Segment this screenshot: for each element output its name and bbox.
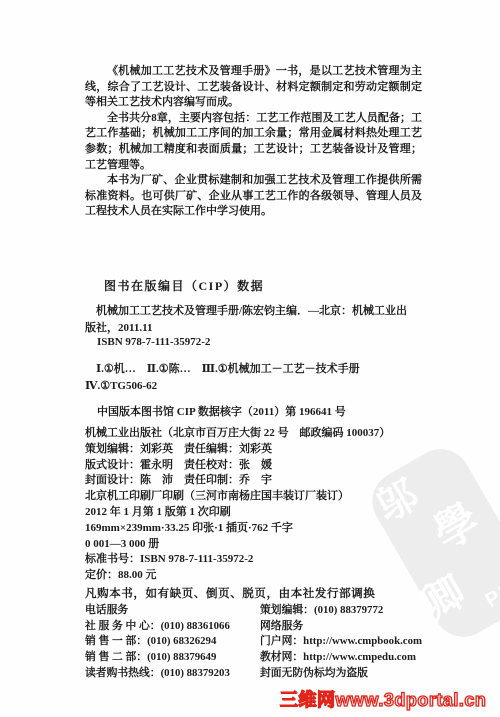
- cip-entry: 机械加工工艺技术及管理手册/陈宏钧主编．—北京：机械工业出 版社，2011.11: [85, 303, 425, 336]
- intro-paragraph-3: 本书为厂矿、企业贯标建制和加强工艺技术及管理工作提供所需标准资料。也可供厂矿、企…: [85, 173, 422, 220]
- 3dportal-watermark: 三维网www.3dportal.cn: [280, 686, 486, 712]
- format-line: 169mm×239mm·33.25 印张·1 插页·762 千字: [85, 521, 390, 537]
- service-cell-phone-header: 电话服务: [85, 603, 260, 619]
- cip-entry-line2: 版社，2011.11: [85, 320, 425, 337]
- service-cell-center-phone: 社 服 务 中 心：(010) 88361066: [85, 619, 260, 635]
- print-run-line: 0 001—3 000 册: [85, 537, 390, 553]
- service-cell-network-header: 网络服务: [260, 619, 422, 635]
- editors-line-1: 策划编辑：刘彩英 责任编辑：刘彩英: [85, 442, 390, 458]
- printer-line: 北京机工印刷厂印刷（三河市南杨庄国丰装订厂装订）: [85, 489, 390, 505]
- cip-class-line1: Ⅰ.①机… Ⅱ.①陈… Ⅲ.①机械加工－工艺－技术手册: [85, 361, 425, 378]
- editors-line-3: 封面设计：陈 沛 责任印制：乔 宇: [85, 473, 390, 489]
- publisher-line: 机械工业出版社（北京市百万庄大街 22 号 邮政编码 100037）: [85, 426, 390, 442]
- cip-record-number: 中国版本图书馆 CIP 数据核字（2011）第 196641 号: [97, 403, 346, 419]
- cip-classification: Ⅰ.①机… Ⅱ.①陈… Ⅲ.①机械加工－工艺－技术手册 Ⅳ.①TG506-62: [85, 361, 425, 395]
- cip-isbn: ISBN 978-7-111-35972-2: [97, 336, 210, 348]
- purchase-notice: 凡购本书，如有缺页、倒页、脱页，由本社发行部调换: [85, 585, 375, 601]
- pdg-watermark-text: PDG: [482, 568, 500, 613]
- book-copyright-page: 邬 學 卿 PDG 《机械加工工艺技术及管理手册》一书，是以工艺技术管理为主线，…: [0, 0, 500, 717]
- cip-heading: 图书在版编目（CIP）数据: [104, 277, 264, 294]
- service-contacts: 电话服务 策划编辑：(010) 88379772 社 服 务 中 心：(010)…: [85, 603, 422, 682]
- seal-glyph-3: 卿: [416, 571, 473, 628]
- service-cell-antipiracy-note: 封面无防伪标均为盗版: [260, 666, 422, 682]
- imprint-block: 机械工业出版社（北京市百万庄大街 22 号 邮政编码 100037） 策划编辑：…: [85, 426, 390, 584]
- cip-class-line2: Ⅳ.①TG506-62: [85, 378, 425, 395]
- edition-line: 2012 年 1 月第 1 版第 1 次印刷: [85, 505, 390, 521]
- service-cell-portal-url: 门户网：http://www.cmpbook.com: [260, 634, 422, 650]
- seal-glyph-2: 學: [427, 497, 487, 557]
- editors-line-2: 版式设计：霍永明 责任校对：张 媛: [85, 458, 390, 474]
- standard-isbn-line: 标准书号：ISBN 978-7-111-35972-2: [85, 552, 390, 568]
- book-introduction: 《机械加工工艺技术及管理手册》一书，是以工艺技术管理为主线，综合了工艺设计、工艺…: [85, 64, 422, 220]
- intro-paragraph-1: 《机械加工工艺技术及管理手册》一书，是以工艺技术管理为主线，综合了工艺设计、工艺…: [85, 64, 422, 111]
- price-line: 定价：88.00 元: [85, 568, 390, 584]
- service-cell-sales1-phone: 销 售 一 部：(010) 68326294: [85, 634, 260, 650]
- intro-paragraph-2: 全书共分8章，主要内容包括：工艺工作范围及工艺人员配备；工艺工作基础；机械加工工…: [85, 111, 422, 173]
- service-cell-hotline-phone: 读者购书热线：(010) 88379203: [85, 666, 260, 682]
- cip-entry-line1: 机械加工工艺技术及管理手册/陈宏钧主编．—北京：机械工业出: [85, 303, 425, 320]
- service-cell-textbook-url: 教材网：http://www.cmpedu.com: [260, 650, 422, 666]
- service-cell-sales2-phone: 销 售 二 部：(010) 88379649: [85, 650, 260, 666]
- service-cell-planning-phone: 策划编辑：(010) 88379772: [260, 603, 422, 619]
